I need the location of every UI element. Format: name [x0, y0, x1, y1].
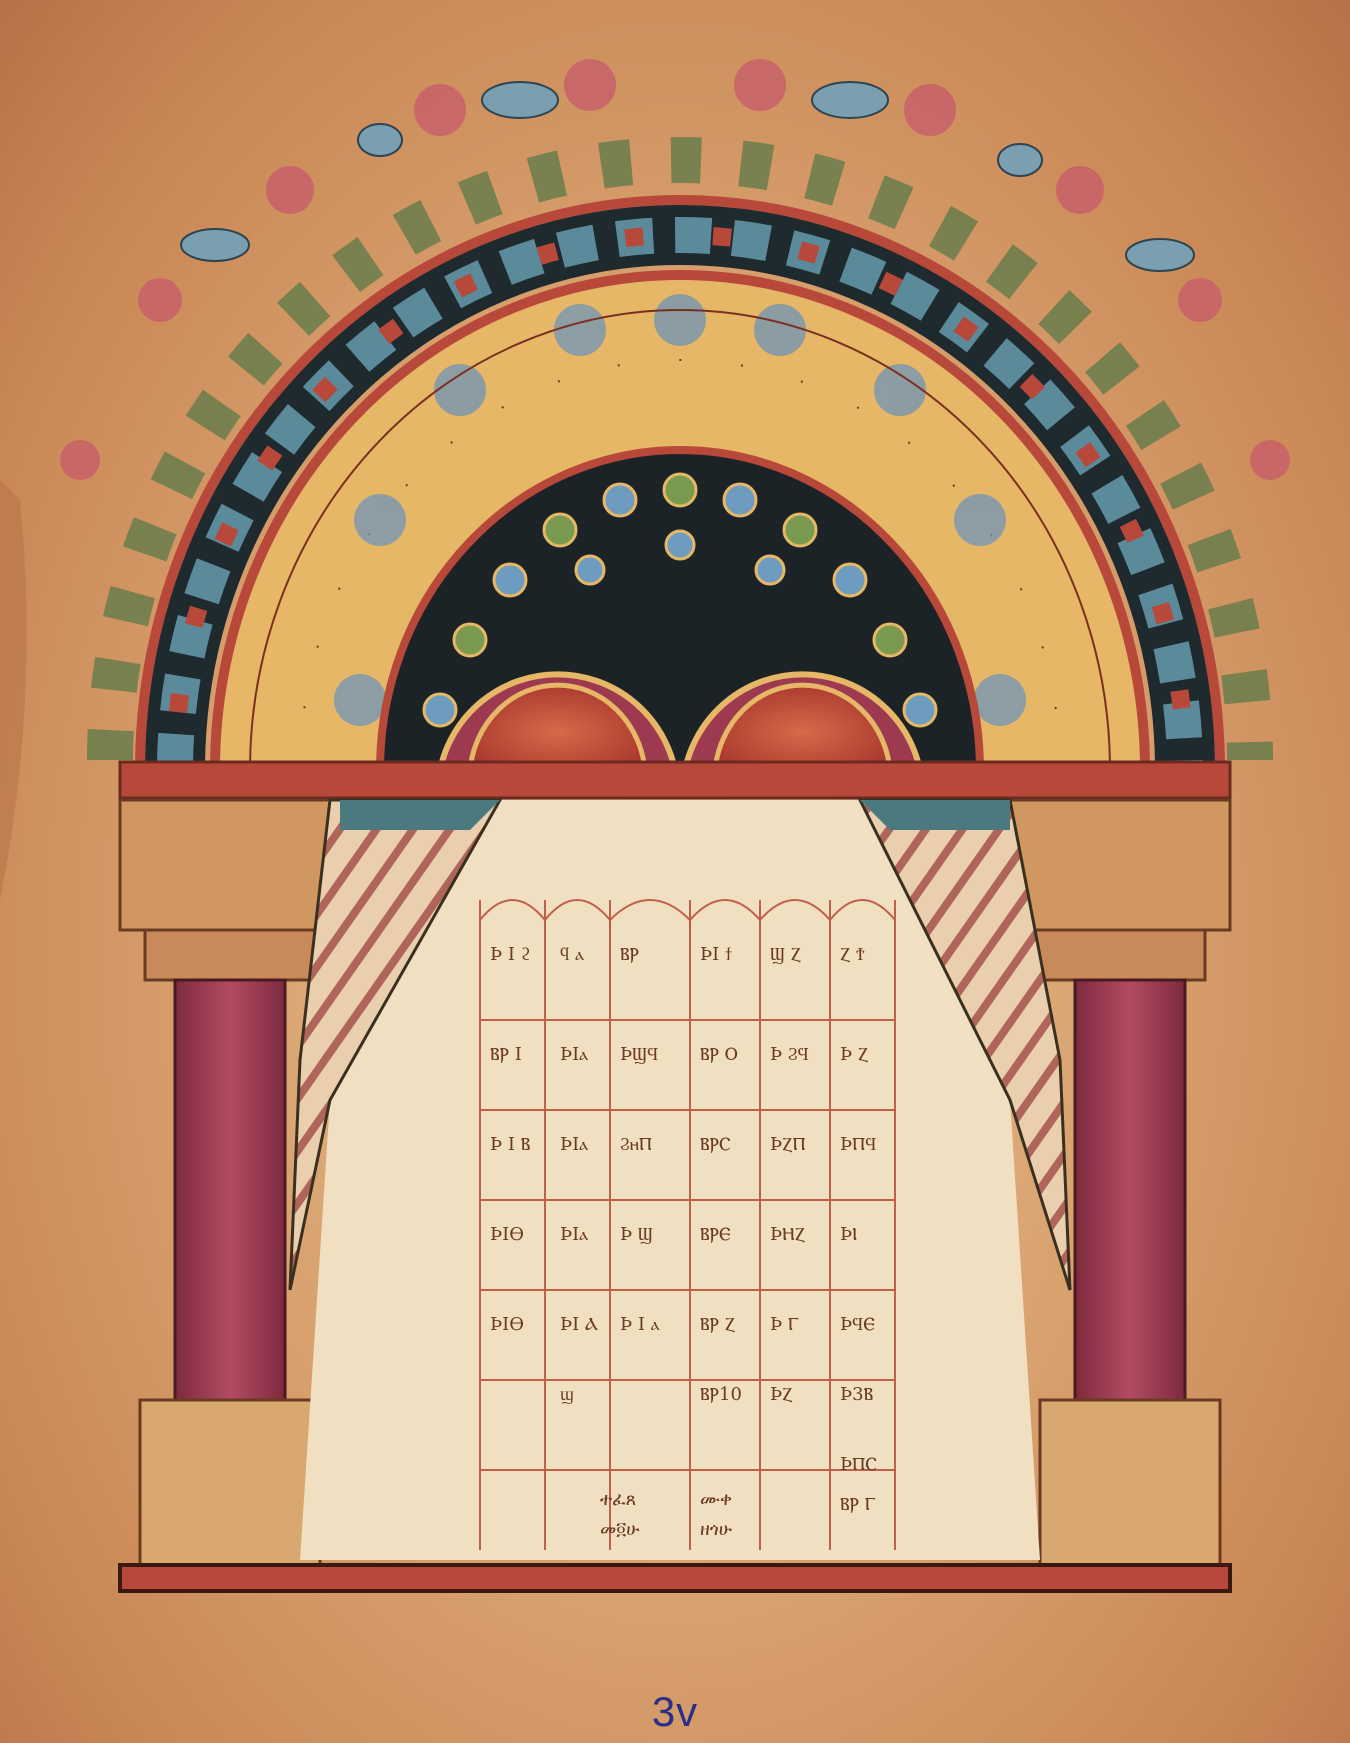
svg-text:ϣ: ϣ [560, 1384, 574, 1405]
svg-text:ϷⲌ: ϷⲌ [770, 1384, 792, 1405]
svg-text:ϷϢϤ: ϷϢϤ [620, 1044, 658, 1065]
svg-text:ϷⲠⲤ: ϷⲠⲤ [840, 1454, 877, 1475]
svg-text:Ϸ3Ⲃ: Ϸ3Ⲃ [840, 1384, 873, 1405]
svg-text:ϷⲠϤ: ϷⲠϤ [840, 1134, 876, 1155]
svg-text:ሙቀ: ሙቀ [700, 1489, 732, 1510]
manuscript-page: Ϸ Ι ϩϥ ⲁⲂⲢϷΙ ϯϢ ⲌⲌ Ϯ ⲂⲢ ΙϷΙⲁϷϢϤⲂⲢ ⲞϷ ϨϤϷ… [0, 0, 1350, 1743]
svg-text:Ϸ ϨϤ: Ϸ ϨϤ [770, 1044, 809, 1065]
svg-text:ⲂⲢ Ⲅ: ⲂⲢ Ⲅ [840, 1494, 876, 1515]
illumination-artwork: Ϸ Ι ϩϥ ⲁⲂⲢϷΙ ϯϢ ⲌⲌ Ϯ ⲂⲢ ΙϷΙⲁϷϢϤⲂⲢ ⲞϷ ϨϤϷ… [0, 0, 1350, 1743]
svg-text:ϷΙⲁ: ϷΙⲁ [560, 1134, 588, 1155]
floor-band [120, 1565, 1230, 1591]
folio-label: 3v [0, 1688, 1350, 1736]
svg-text:መ፬ሁ: መ፬ሁ [600, 1519, 640, 1540]
svg-text:Ϸ Ϣ: Ϸ Ϣ [620, 1224, 653, 1245]
svg-text:Ⲍ Ϯ: Ⲍ Ϯ [840, 944, 865, 965]
svg-text:ⲂⲢⲤ: ⲂⲢⲤ [700, 1134, 731, 1155]
svg-text:ተፈጸ: ተፈጸ [600, 1489, 636, 1510]
svg-text:Ϸ Ⲅ: Ϸ Ⲅ [770, 1314, 799, 1335]
svg-text:Ϸ Ι Ⲃ: Ϸ Ι Ⲃ [490, 1134, 530, 1155]
svg-text:ϷϤⲈ: ϷϤⲈ [840, 1314, 875, 1335]
svg-text:ϷΙⲁ: ϷΙⲁ [560, 1044, 588, 1065]
svg-text:ϷΙϴ: ϷΙϴ [490, 1224, 524, 1245]
svg-text:Ϣ Ⲍ: Ϣ Ⲍ [770, 944, 801, 965]
svg-text:ϷΙ Ⲁ: ϷΙ Ⲁ [560, 1314, 598, 1335]
svg-text:ⲂⲢ: ⲂⲢ [620, 944, 639, 965]
svg-text:ϷⲒ: ϷⲒ [840, 1224, 857, 1245]
svg-text:ⲂⲢ Ⲟ: ⲂⲢ Ⲟ [700, 1044, 738, 1065]
svg-text:ⲂⲢ Ⲍ: ⲂⲢ Ⲍ [700, 1314, 735, 1335]
svg-text:ⲂⲢⲈ: ⲂⲢⲈ [700, 1224, 731, 1245]
svg-text:ዘጎሁ: ዘጎሁ [700, 1519, 733, 1540]
svg-text:ϷⲌⲠ: ϷⲌⲠ [770, 1134, 806, 1155]
svg-text:Ϸ Ⲍ: Ϸ Ⲍ [840, 1044, 868, 1065]
svg-text:ϷΙϴ: ϷΙϴ [490, 1314, 524, 1335]
svg-text:ϷΙⲁ: ϷΙⲁ [560, 1224, 588, 1245]
svg-text:ϷΙ ϯ: ϷΙ ϯ [700, 944, 732, 965]
svg-text:ⲂⲢ10: ⲂⲢ10 [700, 1384, 742, 1405]
svg-text:ⲂⲢ Ι: ⲂⲢ Ι [490, 1044, 522, 1065]
svg-text:ϥ ⲁ: ϥ ⲁ [560, 944, 584, 965]
svg-text:Ϸ Ι ⲁ: Ϸ Ι ⲁ [620, 1314, 660, 1335]
svg-text:ϷⲎⲌ: ϷⲎⲌ [770, 1224, 805, 1245]
lintel-beam [120, 762, 1230, 798]
left-column [175, 980, 285, 1400]
svg-text:Ϸ Ι ϩ: Ϸ Ι ϩ [490, 944, 530, 965]
svg-text:ϨⲏⲠ: ϨⲏⲠ [620, 1134, 652, 1155]
right-column [1075, 980, 1185, 1400]
